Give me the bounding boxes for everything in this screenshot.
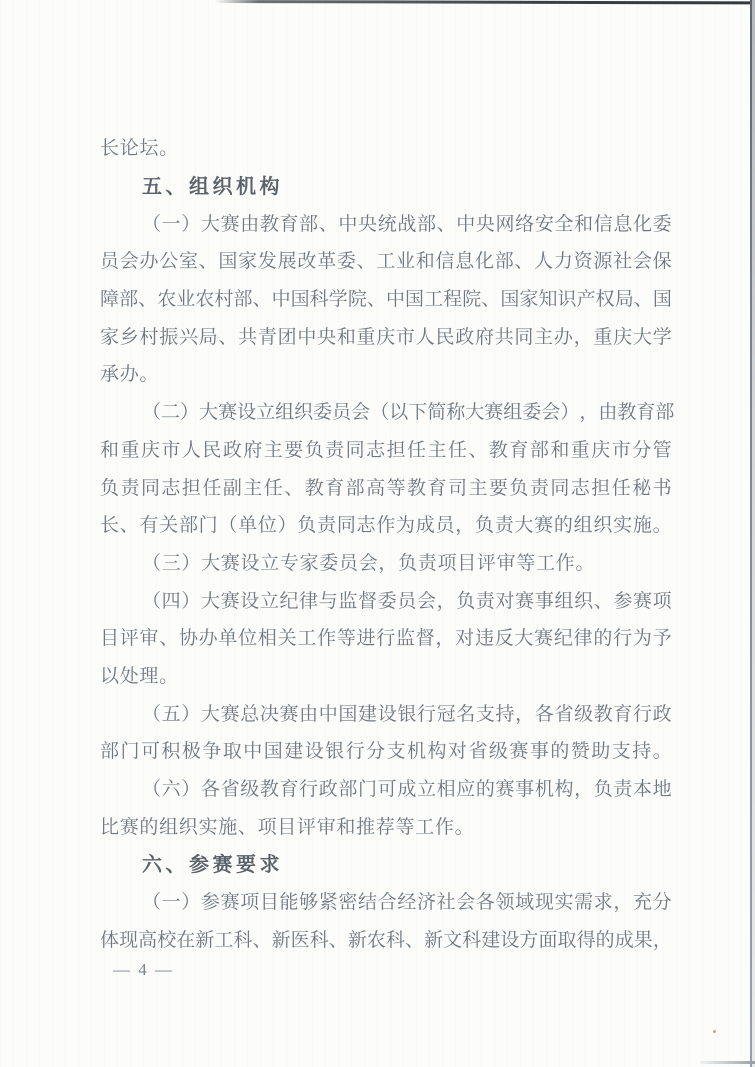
- text-line: 体现高校在新工科、新医科、新农科、新文科建设方面取得的成果，: [100, 919, 672, 957]
- scan-edge-top: [215, 0, 755, 4]
- text-line: 部门可积极争取中国建设银行分支机构对省级赛事的赞助支持。: [100, 731, 672, 769]
- text-line: 障部、农业农村部、中国科学院、中国工程院、国家知识产权局、国: [100, 279, 672, 317]
- text-line: 以处理。: [100, 656, 672, 694]
- scanned-document-page: { "page": { "number_label": "— 4 —" }, "…: [0, 0, 755, 1067]
- text-line: 员会办公室、国家发展改革委、工业和信息化部、人力资源社会保: [100, 241, 672, 279]
- text-line: （二）大赛设立组织委员会（以下简称大赛组委会），由教育部: [100, 392, 672, 430]
- text-line: 承办。: [100, 354, 672, 392]
- section-heading: 五、组织机构: [100, 166, 672, 204]
- text-line: 负责同志担任副主任、教育部高等教育司主要负责同志担任秘书: [100, 467, 672, 505]
- text-line: 长论坛。: [100, 128, 672, 166]
- scan-edge-right-line: [750, 0, 752, 1067]
- text-line: （四）大赛设立纪律与监督委员会，负责对赛事组织、参赛项: [100, 580, 672, 618]
- text-line: 目评审、协办单位相关工作等进行监督，对违反大赛纪律的行为予: [100, 618, 672, 656]
- text-line: （一）大赛由教育部、中央统战部、中央网络安全和信息化委: [100, 203, 672, 241]
- text-line: 长、有关部门（单位）负责同志作为成员，负责大赛的组织实施。: [100, 505, 672, 543]
- scan-edge-bottom-smudge: [700, 1061, 755, 1064]
- text-line: （一）参赛项目能够紧密结合经济社会各领域现实需求，充分: [100, 882, 672, 920]
- text-line: （三）大赛设立专家委员会，负责项目评审等工作。: [100, 543, 672, 581]
- scan-speck: [713, 1030, 716, 1033]
- section-heading: 六、参赛要求: [100, 844, 672, 882]
- text-line: （五）大赛总决赛由中国建设银行冠名支持，各省级教育行政: [100, 693, 672, 731]
- text-line: （六）各省级教育行政部门可成立相应的赛事机构，负责本地: [100, 769, 672, 807]
- page-number: — 4 —: [113, 960, 174, 980]
- text-line: 比赛的组织实施、项目评审和推荐等工作。: [100, 806, 672, 844]
- text-block: 长论坛。五、组织机构（一）大赛由教育部、中央统战部、中央网络安全和信息化委员会办…: [100, 128, 672, 957]
- text-line: 家乡村振兴局、共青团中央和重庆市人民政府共同主办，重庆大学: [100, 316, 672, 354]
- text-line: 和重庆市人民政府主要负责同志担任主任、教育部和重庆市分管: [100, 430, 672, 468]
